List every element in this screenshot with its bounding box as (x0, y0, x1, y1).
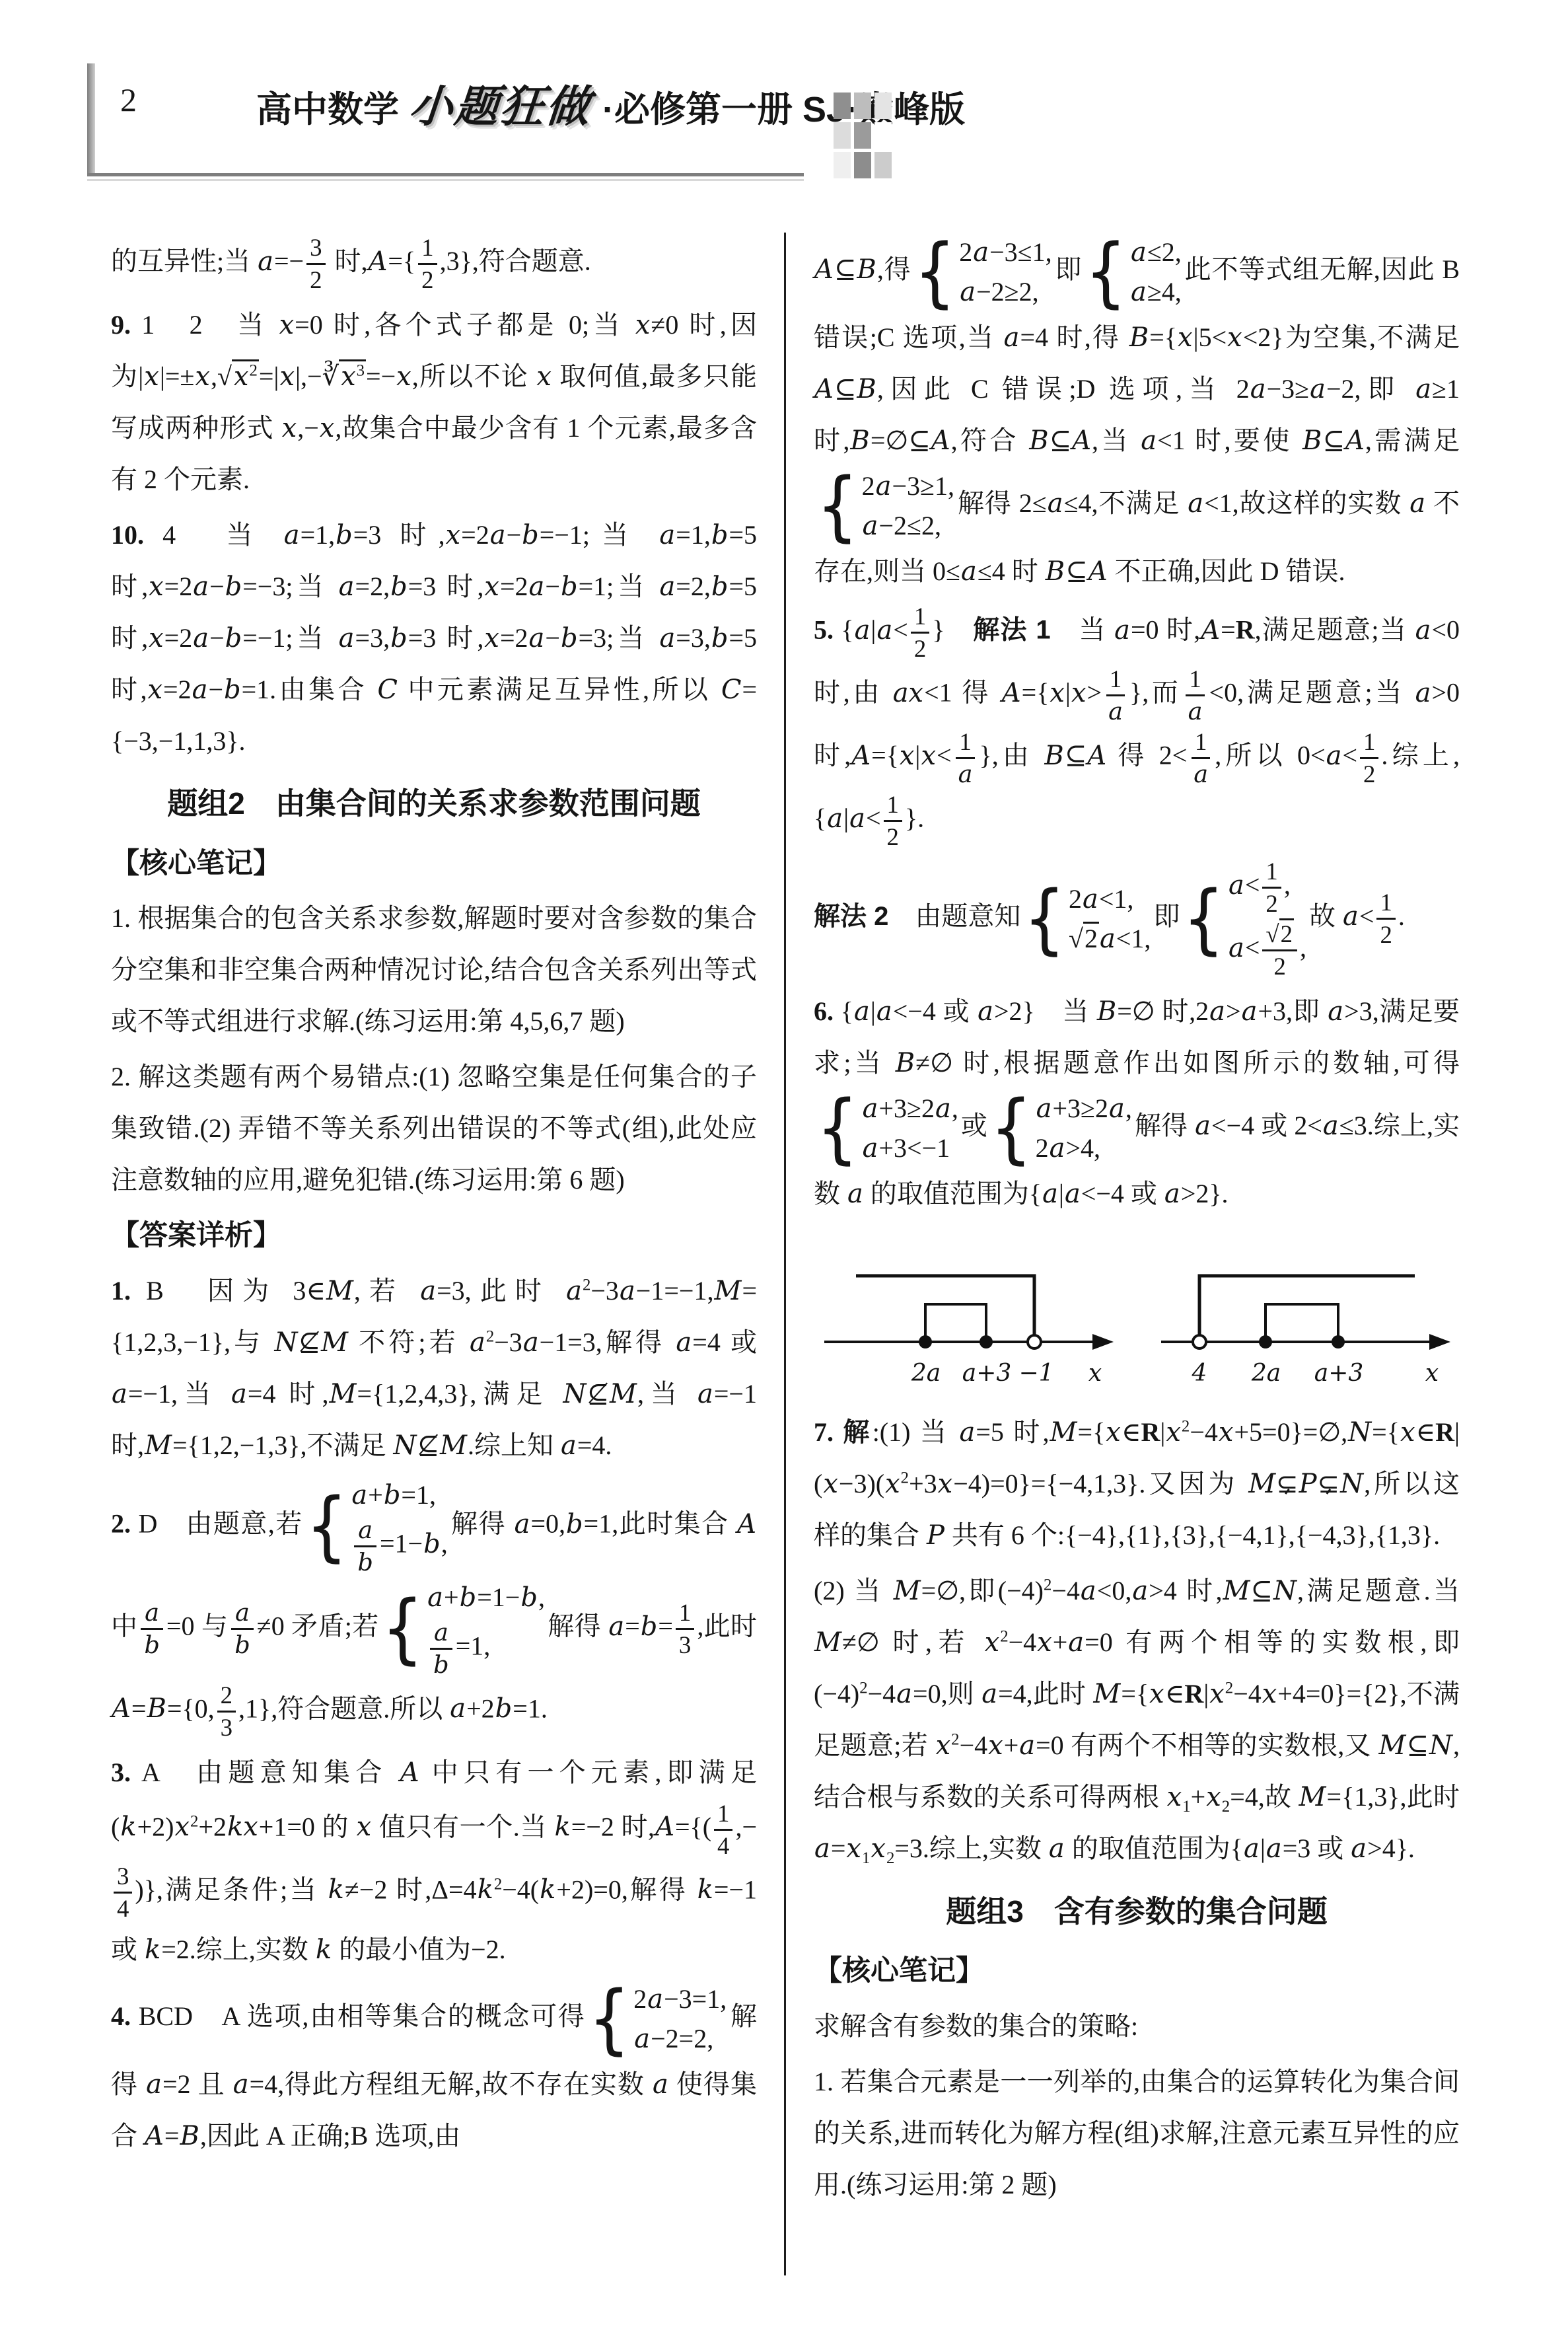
header-bar (87, 63, 95, 176)
column-divider (784, 233, 786, 2275)
point-label: −1 (1018, 1360, 1053, 1387)
point-label: 2a (911, 1360, 941, 1387)
paragraph: 1. B 因为 3∈M,若 a=3,此时 a2−3a−1=−1,M={1,2,3… (111, 1265, 757, 1471)
section-label: 【核心笔记】 (814, 1945, 1460, 1998)
paragraph: 2. D 由题意,若{a+b=1,ab=1−b,解得 a=0,b=1,此时集合 … (111, 1475, 757, 1743)
paragraph: 7. 解:(1) 当 a=5 时,M={x∈R|x2−4x+5=0}=∅,N={… (814, 1407, 1460, 1561)
numberline-figure: 2a a+3 −1 x 4 2a a+3 x (816, 1239, 1460, 1395)
paragraph: 4. BCD A 选项,由相等集合的概念可得{2a−3=1,a−2=2,解得 a… (111, 1979, 757, 2162)
right-column: A⊆B,得{2a−3≤1,a−2≥2,即{a≤2,a≥4,此不等式组无解,因此 … (814, 233, 1460, 2215)
axis-arrow-icon (1429, 1334, 1450, 1350)
closed-endpoint-icon (1332, 1335, 1345, 1348)
paragraph: 的互异性;当 a=−32 时,A={12,3},符合题意. (111, 233, 757, 295)
point-label: 4 (1192, 1360, 1207, 1387)
paragraph: 6. {a|a<−4 或 a>2} 当 B=∅ 时,2a>a+3,即 a>3,满… (814, 986, 1460, 1220)
axis-label: x (1088, 1360, 1102, 1387)
left-column: 的互异性;当 a=−32 时,A={12,3},符合题意.9. 1 2 当 x=… (111, 233, 757, 2166)
brand-logo: 小题狂做 (407, 71, 594, 134)
point-label: a+3 (962, 1360, 1012, 1387)
open-endpoint-icon (1028, 1335, 1041, 1348)
page-number: 2 (120, 81, 137, 119)
paragraph: 10. 4 当 a=1,b=3 时,x=2a−b=−1;当 a=1,b=5 时,… (111, 509, 757, 767)
point-label: 2a (1251, 1360, 1281, 1387)
header-title-suffix: ·必修第一册 SJ·巅峰版 (602, 81, 965, 132)
axis-label: x (1425, 1360, 1439, 1387)
closed-endpoint-icon (919, 1335, 932, 1348)
paragraph: 5. {a|a<12} 解法 1 当 a=0 时,A=R,满足题意;当 a<0 … (814, 601, 1460, 852)
closed-endpoint-icon (1259, 1335, 1272, 1348)
closed-endpoint-icon (980, 1335, 993, 1348)
paragraph: 3. A 由题意知集合 A 中只有一个元素,即满足(k+2)x2+2kx+1=0… (111, 1747, 757, 1975)
page: 2 高中数学 小题狂做 ·必修第一册 SJ·巅峰版 的互异性;当 a=−32 时… (0, 0, 1568, 2325)
section-label: 【答案详析】 (111, 1210, 757, 1263)
axis-arrow-icon (1092, 1334, 1114, 1350)
numberline-left: 2a a+3 −1 x (816, 1239, 1122, 1395)
numberline-right: 4 2a a+3 x (1153, 1239, 1458, 1395)
group-heading: 题组3 含有参数的集合问题 (814, 1884, 1460, 1939)
paragraph: A⊆B,得{2a−3≤1,a−2≥2,即{a≤2,a≥4,此不等式组无解,因此 … (814, 233, 1460, 597)
point-label: a+3 (1314, 1360, 1364, 1387)
paragraph: 1. 根据集合的包含关系求参数,解题时要对含参数的集合分空集和非空集合两种情况讨… (111, 893, 757, 1047)
paragraph: 解法 2 由题意知{2a<1,√2a<1,即{a<12,a<√22,故 a<12… (814, 856, 1460, 982)
section-label: 【核心笔记】 (111, 838, 757, 891)
open-endpoint-icon (1193, 1335, 1206, 1348)
header-rule (87, 173, 804, 181)
paragraph: 1. 若集合元素是一一列举的,由集合的运算转化为集合间的关系,进而转化为解方程(… (814, 2056, 1460, 2211)
paragraph: (2) 当 M=∅,即(−4)2−4a<0,a>4 时,M⊆N,满足题意.当 M… (814, 1565, 1460, 1875)
checker-decoration-icon (834, 92, 892, 178)
paragraph: 9. 1 2 当 x=0 时,各个式子都是 0;当 x≠0 时,因为|x|=±x… (111, 299, 757, 505)
paragraph: 求解含有参数的集合的策略: (814, 2001, 1460, 2052)
paragraph: 2. 解这类题有两个易错点:(1) 忽略空集是任何集合的子集致错.(2) 弄错不… (111, 1051, 757, 1206)
header-title-prefix: 高中数学 (256, 81, 399, 132)
group-heading: 题组2 由集合间的关系求参数范围问题 (111, 776, 757, 831)
